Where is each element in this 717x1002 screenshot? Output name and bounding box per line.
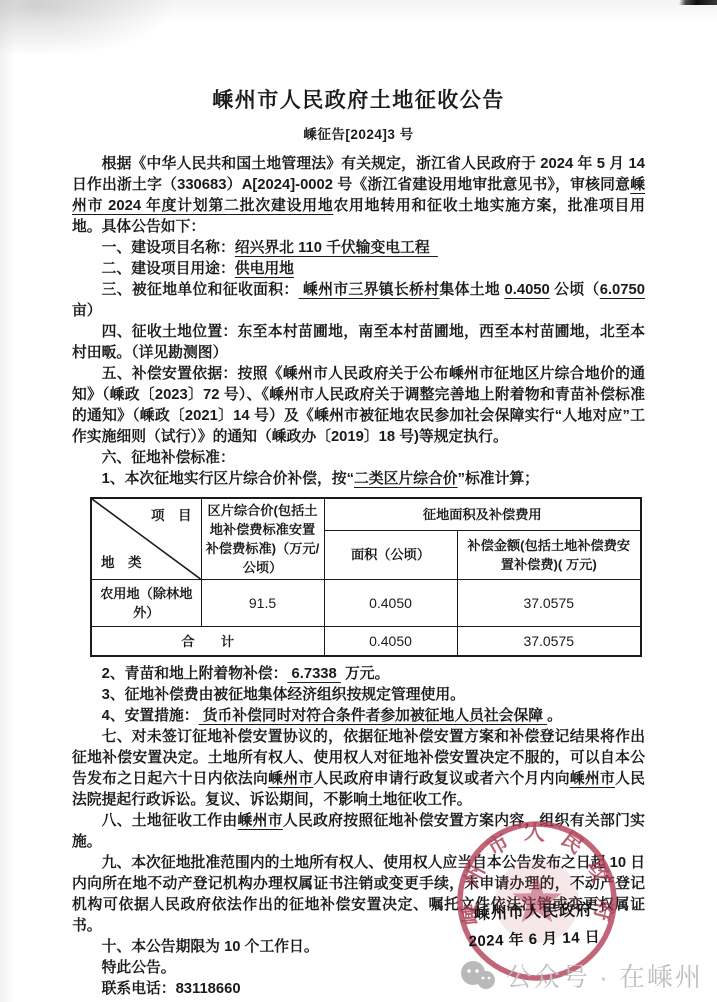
cell-total-amount: 37.0575 xyxy=(457,627,641,657)
table-total-row: 合 计 0.4050 37.0575 xyxy=(91,627,641,657)
text-run: 一、建设项目名称： xyxy=(102,240,235,256)
text-run: 嵊州市 xyxy=(238,813,283,829)
paragraph: 二、建设项目用途：供电用地 xyxy=(72,259,645,280)
doc-number: 嵊征告[2024]3 号 xyxy=(0,123,717,143)
cell-amount: 37.0575 xyxy=(457,580,641,627)
col-header-amount: 补偿金额(包括土地补偿费安置补偿费)( 万元) xyxy=(457,530,641,579)
cell-land-type: 农用地（除林地外） xyxy=(91,580,201,627)
text-run: 根据《中华人民共和国土地管理法》有关规定，浙江省人民政府于 2024 年 5 月… xyxy=(72,156,649,193)
text-run: 绍兴界北 110 千伏输变电工程 xyxy=(235,240,438,256)
text-run: 1、本次征地实行区片综合价补偿，按“ xyxy=(102,471,354,487)
notice-document-page: 嵊州市人民政府土地征收公告 嵊征告[2024]3 号 根据《中华人民共和国土地管… xyxy=(0,0,717,1002)
body-paragraphs-top: 根据《中华人民共和国土地管理法》有关规定，浙江省人民政府于 2024 年 5 月… xyxy=(72,154,645,490)
text-run: 八、土地征收工作由 xyxy=(102,813,238,829)
text-run: 三、被征地单位和征收面积： xyxy=(102,282,299,298)
corner-scan-artifact xyxy=(663,0,717,5)
text-run: 二、建设项目用途： xyxy=(102,261,235,277)
cell-price: 91.5 xyxy=(201,580,324,627)
table-row: 农用地（除林地外） 91.5 0.4050 37.0575 xyxy=(91,580,641,627)
paragraph: 2、青苗和地上附着物补偿： 6.7338 万元。 xyxy=(72,664,645,685)
table-corner-cell: 项 目 地 类 xyxy=(91,498,201,580)
paragraph: 3、征地补偿费由被征地集体经济组织按规定管理使用。 xyxy=(72,685,645,706)
corner-label-landtype: 地 类 xyxy=(101,553,142,572)
text-run: 特此公告。 xyxy=(102,960,176,976)
corner-label-item: 项 目 xyxy=(151,506,192,525)
text-run: 2、青苗和地上附着物补偿： xyxy=(102,666,288,682)
paragraph: 4、安置措施： 货币补偿同时对符合条件者参加被征地人员社会保障 。 xyxy=(72,706,645,727)
text-run: 6.0750 xyxy=(600,282,645,298)
text-run: 二类区片综合价 xyxy=(354,471,458,487)
text-run: 五、补偿安置依据：按照《嵊州市人民政府关于公布嵊州市征地区片综合地价的通知》（嵊… xyxy=(72,366,645,445)
paragraph: 四、征收土地位置：东至本村苗圃地，南至本村苗圃地，西至本村苗圃地，北至本村田畈。… xyxy=(72,322,645,364)
cell-area: 0.4050 xyxy=(324,580,457,627)
col-header-group: 征地面积及补偿费用 xyxy=(324,498,641,530)
text-run: 人民政府申请行政复议或者六个月内向 xyxy=(313,771,569,787)
paragraph: 1、本次征地实行区片综合价补偿，按“二类区片综合价”标准计算； xyxy=(72,469,645,490)
paragraph: 七、对未签订征地补偿安置协议的，依据征地补偿安置方案和补偿登记结果将作出征地补偿… xyxy=(72,727,645,811)
text-run: 货币补偿同时对符合条件者参加被征地人员社会保障 xyxy=(199,708,548,724)
text-run: 供电用地 xyxy=(235,261,294,277)
paragraph: 一、建设项目名称：绍兴界北 110 千伏输变电工程 xyxy=(72,238,645,259)
watermark: 公众号 · 在嵊州 xyxy=(459,957,703,994)
page-title: 嵊州市人民政府土地征收公告 xyxy=(0,0,717,114)
text-run: 。 xyxy=(547,708,562,724)
text-run: 3、征地补偿费由被征地集体经济组织按规定管理使用。 xyxy=(102,687,465,703)
text-run: 嵊州市 xyxy=(268,771,313,787)
col-header-area: 面积（公顷） xyxy=(324,530,457,579)
text-run: 万元。 xyxy=(341,666,390,682)
text-run: 联系电话：83118660 xyxy=(102,981,241,997)
signature-organization: 嵊州市人民政府 xyxy=(467,897,599,925)
compensation-table: 项 目 地 类 区片综合价(包括土地补偿费标准安置补偿费标准)（万元/公顷） 征… xyxy=(90,497,642,657)
text-run: 四、征收土地位置：东至本村苗圃地，南至本村苗圃地，西至本村苗圃地，北至本村田畈。… xyxy=(72,324,645,361)
text-run: 公顷（ xyxy=(550,282,600,298)
text-run: ”标准计算； xyxy=(458,471,539,487)
text-run: 集体土地 xyxy=(439,282,504,298)
text-run: 6.7338 xyxy=(287,666,340,682)
text-run: 嵊州市三界镇长桥村 xyxy=(299,282,440,298)
text-run: 十、本公告期限为 10 个工作日。 xyxy=(102,939,319,955)
text-run: 嵊州市 xyxy=(570,771,615,787)
wechat-icon xyxy=(459,960,497,992)
paragraph: 三、被征地单位和征收面积： 嵊州市三界镇长桥村集体土地 0.4050 公顷（6.… xyxy=(72,280,645,322)
watermark-text: 公众号 · 在嵊州 xyxy=(506,957,703,994)
cell-total-area: 0.4050 xyxy=(324,627,457,657)
cell-total-label: 合 计 xyxy=(91,627,324,657)
paragraph: 根据《中华人民共和国土地管理法》有关规定，浙江省人民政府于 2024 年 5 月… xyxy=(72,154,645,238)
text-run: 六、征地补偿标准： xyxy=(102,450,235,466)
text-run: 4、安置措施： xyxy=(102,708,199,724)
text-run: 0.4050 xyxy=(505,282,550,298)
paragraph: 五、补偿安置依据：按照《嵊州市人民政府关于公布嵊州市征地区片综合地价的通知》（嵊… xyxy=(72,364,645,448)
signature-block: 嵊州市人民政府 2024 年 6 月 14 日 xyxy=(467,897,600,952)
col-header-price: 区片综合价(包括土地补偿费标准安置补偿费标准)（万元/公顷） xyxy=(201,498,324,580)
paragraph: 六、征地补偿标准： xyxy=(72,448,645,469)
